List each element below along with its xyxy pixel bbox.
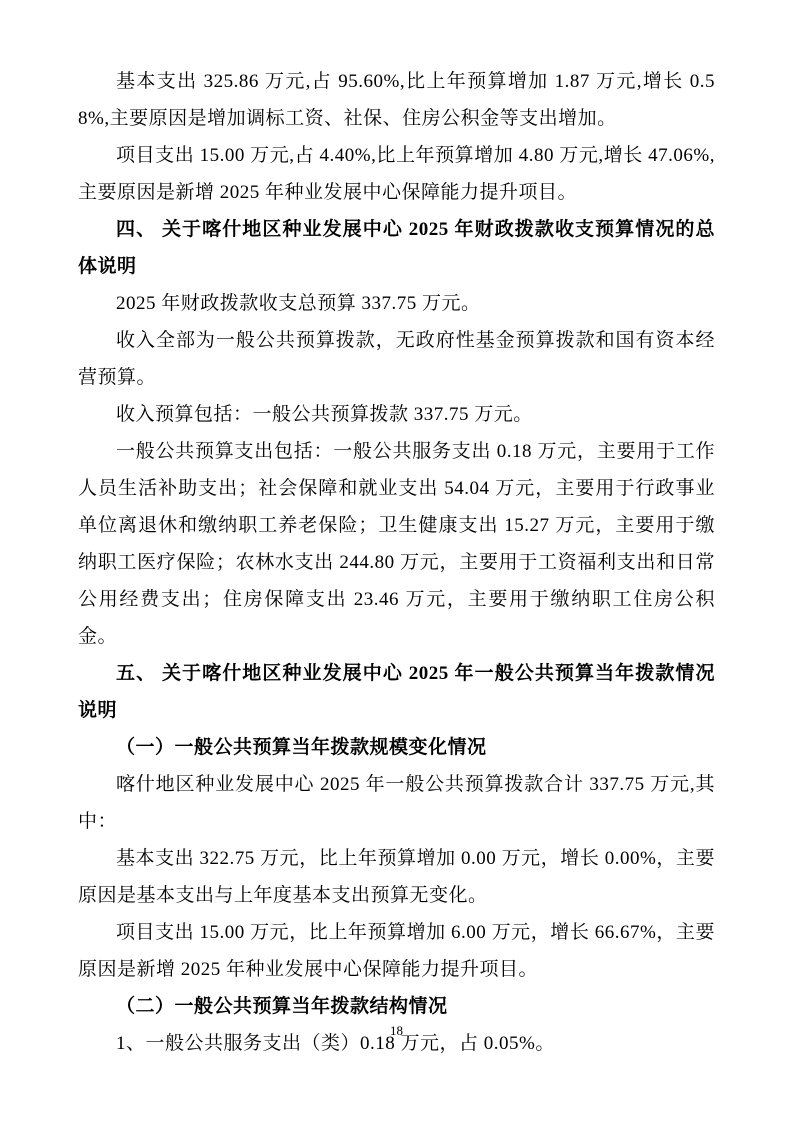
document-page: 基本支出 325.86 万元,占 95.60%,比上年预算增加 1.87 万元,… — [0, 0, 793, 1122]
paragraph-income-budget: 收入预算包括：一般公共预算拨款 337.75 万元。 — [78, 396, 715, 433]
paragraph-basic-expense-summary: 基本支出 325.86 万元,占 95.60%,比上年预算增加 1.87 万元,… — [78, 63, 715, 137]
subsection-heading-1: （一）一般公共预算当年拨款规模变化情况 — [78, 729, 715, 766]
paragraph-total-budget: 2025 年财政拨款收支总预算 337.75 万元。 — [78, 285, 715, 322]
paragraph-income-source: 收入全部为一般公共预算拨款，无政府性基金预算拨款和国有资本经营预算。 — [78, 322, 715, 396]
paragraph-allocation-total: 喀什地区种业发展中心 2025 年一般公共预算拨款合计 337.75 万元,其中… — [78, 766, 715, 840]
section-heading-4: 四、 关于喀什地区种业发展中心 2025 年财政拨款收支预算情况的总体说明 — [78, 211, 715, 285]
paragraph-public-budget-expenses: 一般公共预算支出包括：一般公共服务支出 0.18 万元，主要用于工作人员生活补助… — [78, 433, 715, 655]
paragraph-basic-expense-change: 基本支出 322.75 万元，比上年预算增加 0.00 万元，增长 0.00%，… — [78, 840, 715, 914]
document-body: 基本支出 325.86 万元,占 95.60%,比上年预算增加 1.87 万元,… — [78, 63, 715, 1062]
subsection-heading-2: （二）一般公共预算当年拨款结构情况 — [78, 988, 715, 1025]
paragraph-project-expense-change: 项目支出 15.00 万元，比上年预算增加 6.00 万元，增长 66.67%，… — [78, 914, 715, 988]
page-number: 18 — [0, 1021, 793, 1041]
section-heading-5: 五、 关于喀什地区种业发展中心 2025 年一般公共预算当年拨款情况说明 — [78, 655, 715, 729]
paragraph-project-expense-summary: 项目支出 15.00 万元,占 4.40%,比上年预算增加 4.80 万元,增长… — [78, 137, 715, 211]
